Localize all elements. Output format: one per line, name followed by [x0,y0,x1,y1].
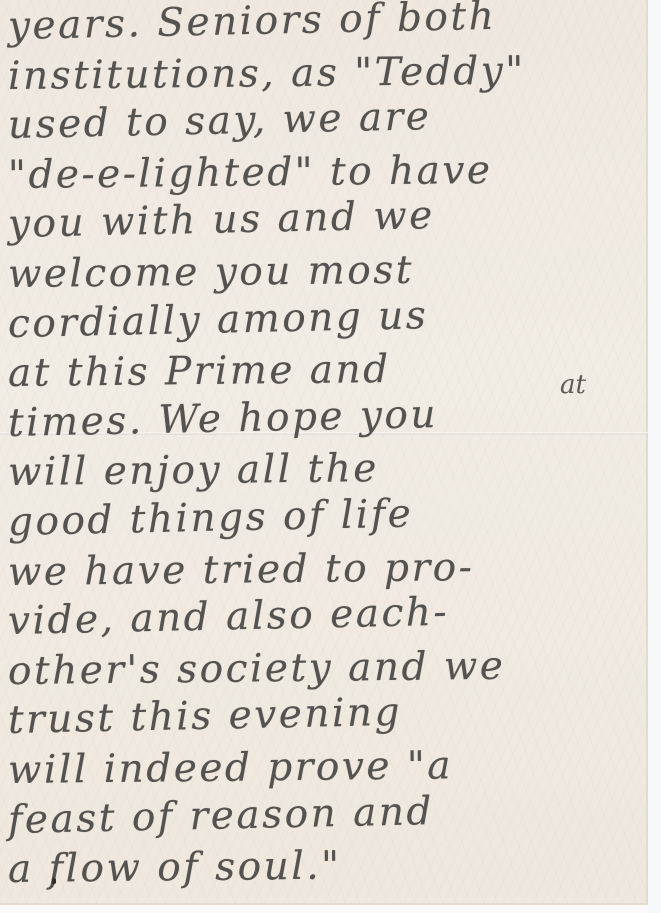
handwritten-text-body: years. Seniors of both institutions, as … [8,2,644,895]
scan-margin [648,0,661,913]
handwritten-line: a flow of soul." [8,838,644,894]
caret-insertion-text: at [560,370,586,400]
pencil-dot-mark [52,878,56,884]
letter-page: years. Seniors of both institutions, as … [0,0,648,905]
handwritten-line: years. Seniors of both [7,0,644,52]
